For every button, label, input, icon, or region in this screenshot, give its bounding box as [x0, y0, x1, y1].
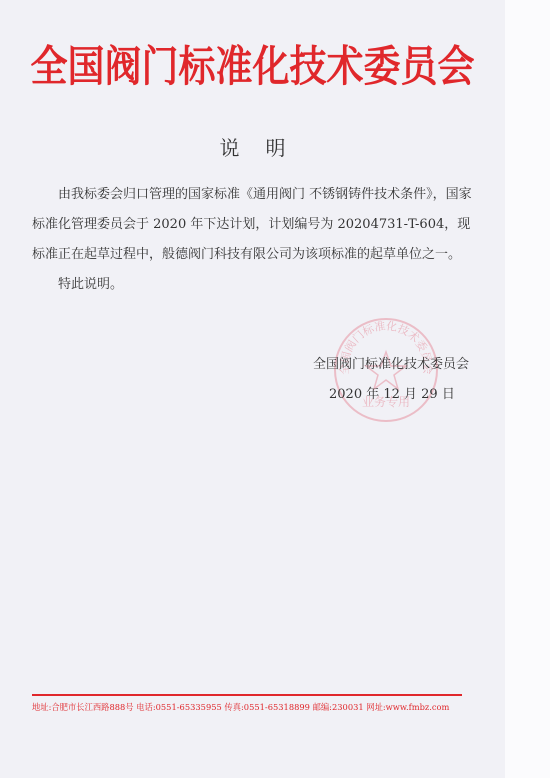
closing-paragraph: 特此说明。 [32, 270, 472, 300]
document-body: 由我标委会归口管理的国家标准《通用阀门 不锈钢铸件技术条件》，国家标准化管理委员… [32, 180, 472, 300]
letterhead-title: 全国阀门标准化技术委员会 [0, 41, 505, 92]
signature-block: 全国阀门标准化技术委员会 2020 年 12 月 29 日 [313, 355, 503, 405]
footer-contact-info: 地址:合肥市长江西路888号 电话:0551-65335955 传真:0551-… [32, 701, 472, 713]
document-title: 说明 [0, 132, 505, 161]
signature-organization: 全国阀门标准化技术委员会 [313, 355, 503, 375]
signature-date: 2020 年 12 月 29 日 [313, 385, 503, 405]
scan-edge [505, 0, 550, 778]
footer-divider [32, 694, 462, 696]
body-paragraph: 由我标委会归口管理的国家标准《通用阀门 不锈钢铸件技术条件》，国家标准化管理委员… [32, 180, 472, 270]
